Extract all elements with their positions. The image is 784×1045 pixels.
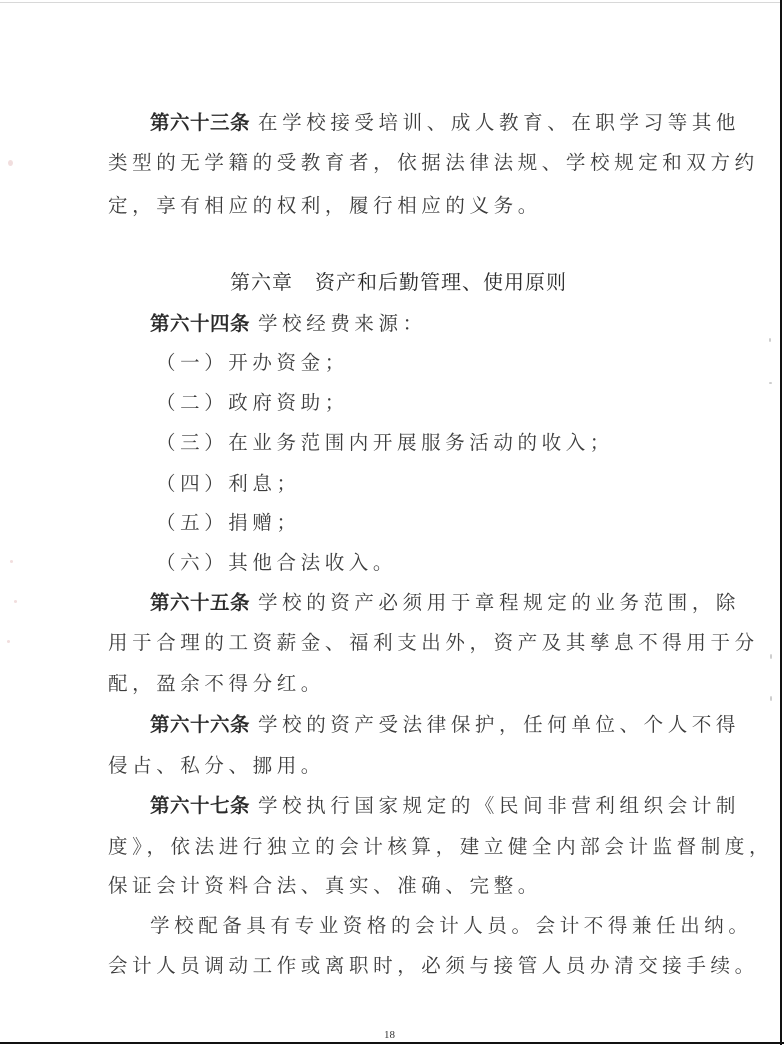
scan-artifact bbox=[769, 338, 771, 342]
article-67-text-1: 学校执行国家规定的《民间非营利组织会计制 bbox=[258, 794, 740, 817]
article-63-line-2: 类型的无学籍的受教育者，依据法律法规、学校规定和双方约 bbox=[108, 148, 698, 178]
scan-artifact bbox=[8, 160, 13, 166]
page-number: 18 bbox=[384, 1029, 395, 1041]
article-66-line-2: 侵占、私分、挪用。 bbox=[108, 751, 698, 781]
list-item: （一）开办资金； bbox=[156, 348, 746, 378]
list-item: （二）政府资助； bbox=[156, 388, 746, 418]
chapter-number: 第六章 bbox=[230, 270, 293, 294]
scan-artifact bbox=[10, 560, 13, 563]
article-64-label: 第六十四条 bbox=[150, 312, 250, 335]
list-item: （三）在业务范围内开展服务活动的收入； bbox=[156, 428, 746, 458]
page-bottom-edge bbox=[0, 1042, 784, 1044]
article-63-text-1: 在学校接受培训、成人教育、在职学习等其他 bbox=[258, 111, 740, 134]
article-65-line-2: 用于合理的工资薪金、福利支出外，资产及其孳息不得用于分 bbox=[108, 628, 698, 658]
article-65-line-1: 第六十五条学校的资产必须用于章程规定的业务范围，除 bbox=[150, 588, 740, 618]
scan-artifact bbox=[770, 696, 772, 701]
article-63-line-3: 定，享有相应的权利，履行相应的义务。 bbox=[108, 191, 698, 221]
list-item: （六）其他合法收入。 bbox=[156, 548, 746, 578]
scan-artifact bbox=[14, 600, 17, 603]
article-67-line-2: 度》，依法进行独立的会计核算，建立健全内部会计监督制度， bbox=[108, 832, 698, 862]
article-66-line-1: 第六十六条学校的资产受法律保护，任何单位、个人不得 bbox=[150, 710, 740, 740]
article-67-line-1: 第六十七条学校执行国家规定的《民间非营利组织会计制 bbox=[150, 791, 740, 821]
article-64-line: 第六十四条学校经费来源： bbox=[150, 309, 740, 339]
article-65-text-1: 学校的资产必须用于章程规定的业务范围，除 bbox=[258, 591, 740, 614]
document-page: 第六十三条在学校接受培训、成人教育、在职学习等其他 类型的无学籍的受教育者，依据… bbox=[0, 0, 780, 1042]
chapter-title: 资产和后勤管理、使用原则 bbox=[315, 270, 567, 294]
scan-artifact bbox=[770, 654, 772, 659]
page-right-edge bbox=[780, 0, 782, 1045]
scan-artifact bbox=[769, 382, 772, 384]
accountants-paragraph-line-1: 学校配备具有专业资格的会计人员。会计不得兼任出纳。 bbox=[150, 911, 740, 941]
article-67-label: 第六十七条 bbox=[150, 794, 250, 817]
article-63-line-1: 第六十三条在学校接受培训、成人教育、在职学习等其他 bbox=[150, 108, 740, 138]
article-65-label: 第六十五条 bbox=[150, 591, 250, 614]
article-66-label: 第六十六条 bbox=[150, 713, 250, 736]
article-65-line-3: 配，盈余不得分红。 bbox=[108, 669, 698, 699]
top-edge-line bbox=[0, 2, 780, 3]
article-66-text-1: 学校的资产受法律保护，任何单位、个人不得 bbox=[258, 713, 740, 736]
accountants-paragraph-line-2: 会计人员调动工作或离职时，必须与接管人员办清交接手续。 bbox=[108, 951, 698, 981]
list-item: （四）利息； bbox=[156, 469, 746, 499]
article-63-label: 第六十三条 bbox=[150, 111, 250, 134]
chapter-heading: 第六章资产和后勤管理、使用原则 bbox=[230, 267, 590, 297]
article-64-text: 学校经费来源： bbox=[258, 312, 427, 335]
scan-artifact bbox=[7, 640, 10, 643]
list-item: （五）捐赠； bbox=[156, 508, 746, 538]
article-67-line-3: 保证会计资料合法、真实、准确、完整。 bbox=[108, 871, 698, 901]
